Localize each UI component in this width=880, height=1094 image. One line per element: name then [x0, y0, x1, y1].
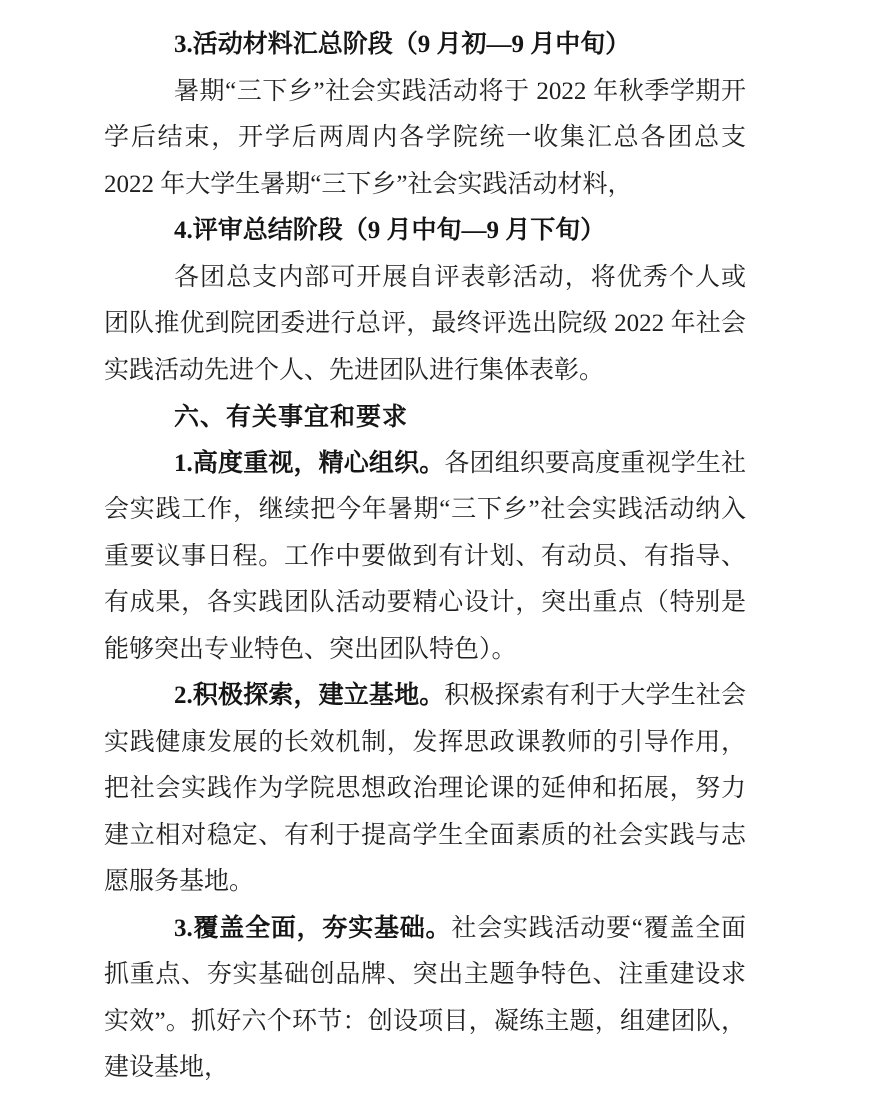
document-page: 3.活动材料汇总阶段（9 月初—9 月中旬） 暑期“三下乡”社会实践活动将于 2… — [0, 0, 880, 1094]
requirement-3-bold-lead: 3.覆盖全面，夯实基础。 — [174, 915, 451, 942]
requirement-1-text: 各团组织要高度重视学生社会实践工作，继续把今年暑期“三下乡”社会实践活动纳入重要… — [104, 450, 746, 663]
heading-stage-3-materials: 3.活动材料汇总阶段（9 月初—9 月中旬） — [104, 22, 746, 69]
paragraph-requirement-1: 1.高度重视，精心组织。各团组织要高度重视学生社会实践工作，继续把今年暑期“三下… — [104, 441, 746, 674]
paragraph-stage-4-body: 各团总支内部可开展自评表彰活动，将优秀个人或团队推优到院团委进行总评，最终评选出… — [104, 255, 746, 395]
heading-stage-4-review: 4.评审总结阶段（9 月中旬—9 月下旬） — [104, 208, 746, 255]
requirement-2-bold-lead: 2.积极探索，建立基地。 — [174, 682, 444, 709]
paragraph-stage-3-body: 暑期“三下乡”社会实践活动将于 2022 年秋季学期开学后结束，开学后两周内各学… — [104, 69, 746, 209]
requirement-1-bold-lead: 1.高度重视，精心组织。 — [174, 450, 444, 477]
paragraph-requirement-3: 3.覆盖全面，夯实基础。社会实践活动要“覆盖全面抓重点、夯实基础创品牌、突出主题… — [104, 906, 746, 1092]
requirement-2-text: 积极探索有利于大学生社会实践健康发展的长效机制，发挥思政课教师的引导作用，把社会… — [104, 682, 746, 895]
paragraph-requirement-2: 2.积极探索，建立基地。积极探索有利于大学生社会实践健康发展的长效机制，发挥思政… — [104, 673, 746, 906]
section-heading-six-requirements: 六、有关事宜和要求 — [104, 394, 746, 441]
